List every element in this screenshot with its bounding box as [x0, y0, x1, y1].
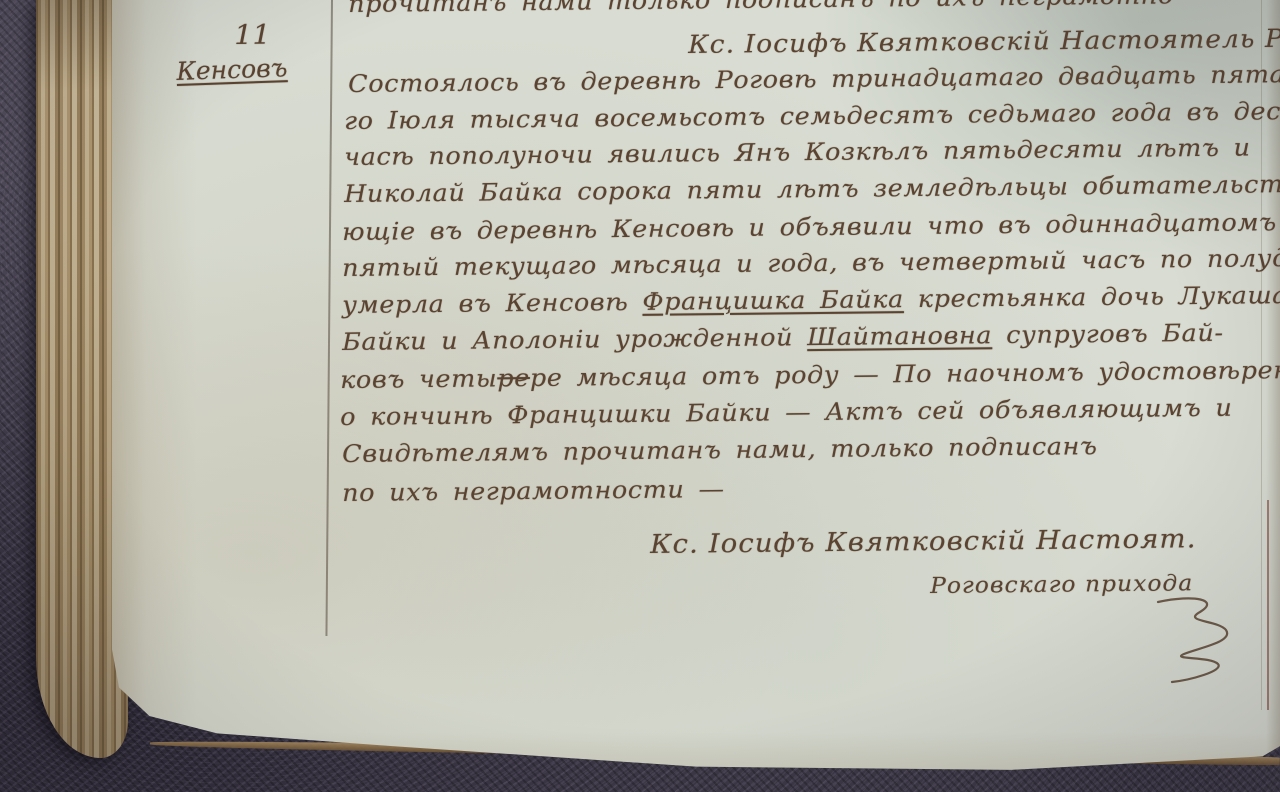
record-line-12: по ихъ неграмотности — — [342, 475, 725, 507]
photo-of-parish-register-page: прочитанъ нами только подписанъ по ихъ н… — [0, 0, 1280, 792]
margin-entry-number: 11 — [234, 20, 271, 51]
priest-signature-line: Кс. Іосифъ Квятковскій Настоят. — [650, 524, 1197, 560]
signature-flourish-icon — [1140, 596, 1250, 686]
margin-place-name: Кенсовъ — [176, 53, 288, 86]
page-edge-red-line — [1267, 500, 1269, 710]
previous-record-priest-signature: Кс. Іосифъ Квятковскій Настоятель Рогова — [688, 23, 1280, 59]
parish-name-line: Роговскаго прихода — [930, 571, 1193, 599]
